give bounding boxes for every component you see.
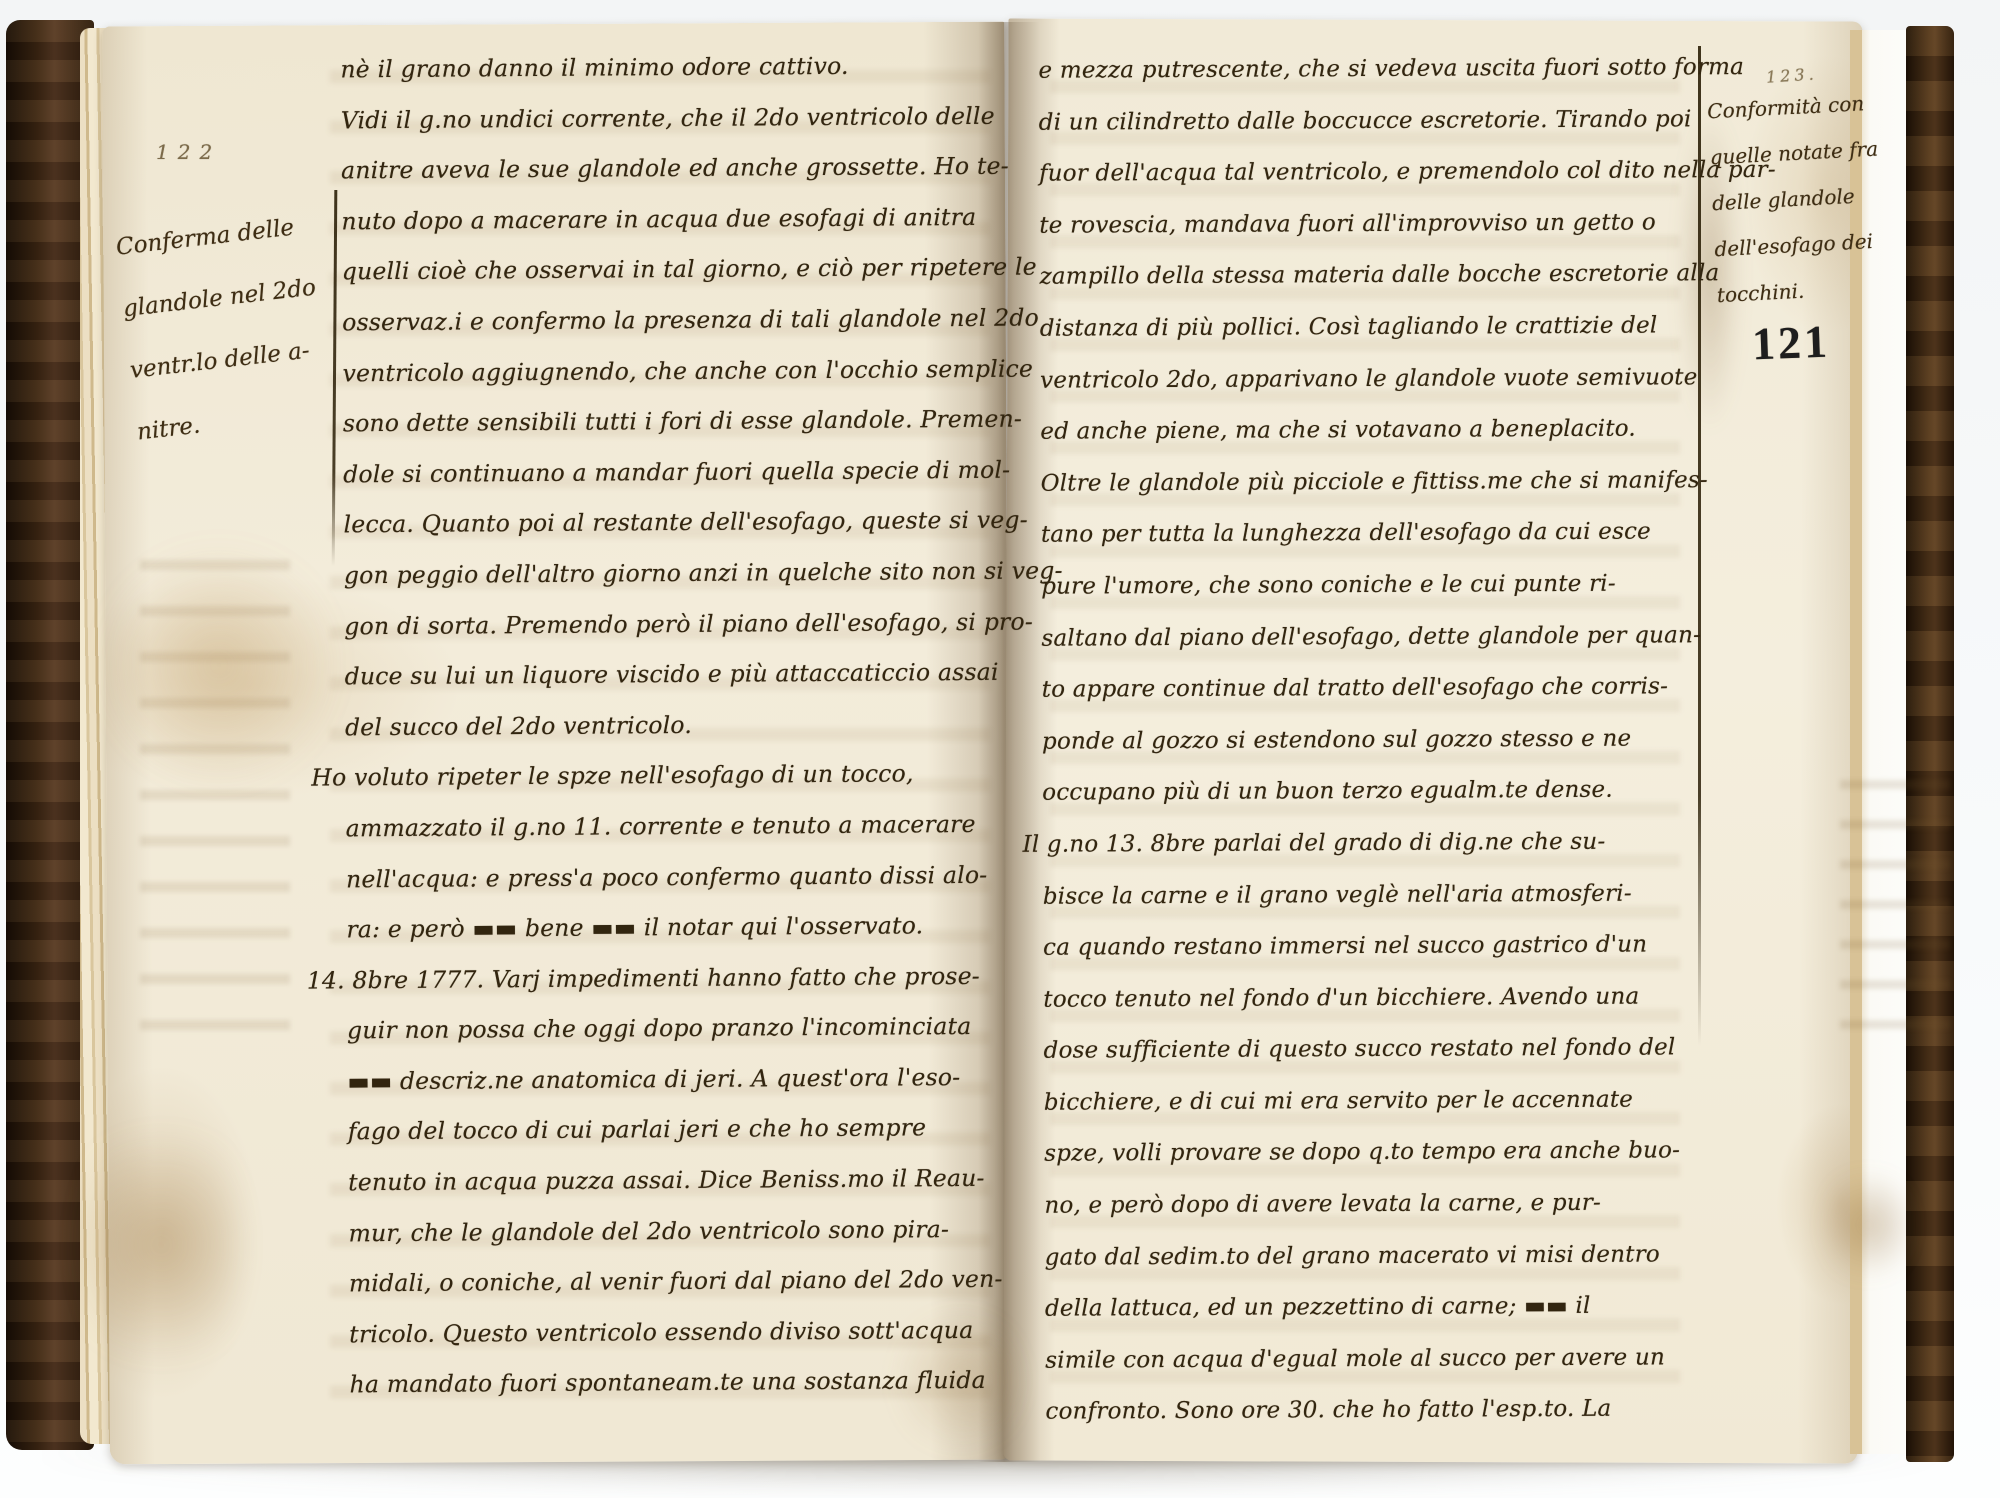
manuscript-line: nuto dopo a macerare in acqua due esofag… <box>341 191 1009 246</box>
stamped-page-number: 121 <box>1751 315 1831 371</box>
manuscript-line: nell'acqua: e press'a poco confermo quan… <box>346 849 1014 904</box>
manuscript-line: sono dette sensibili tutti i fori di ess… <box>343 394 1011 449</box>
manuscript-line: Il g.no 13. 8bre parlai del grado di dig… <box>1022 816 1690 871</box>
manuscript-line: dose sufficiente di questo succo restato… <box>1043 1023 1691 1078</box>
manuscript-line: fuor dell'acqua tal ventricolo, e premen… <box>1039 145 1687 200</box>
manuscript-line: gon peggio dell'altro giorno anzi in que… <box>344 546 1012 601</box>
manuscript-line: to appare continue dal tratto dell'esofa… <box>1042 661 1690 716</box>
manuscript-line: tricolo. Questo ventricolo essendo divis… <box>349 1304 1017 1359</box>
manuscript-line: spze, volli provare se dopo q.to tempo e… <box>1044 1126 1692 1181</box>
manuscript-line: simile con acqua d'egual mole al succo p… <box>1045 1332 1693 1387</box>
manuscript-line: ▬▬ descriz.ne anatomica di jeri. A quest… <box>347 1052 1015 1107</box>
manuscript-line: osservaz.i e confermo la presenza di tal… <box>342 293 1010 348</box>
right-page-text-column: e mezza putrescente, che si vedeva uscit… <box>1038 42 1693 1438</box>
margin-note-line: tocchini. <box>1716 264 1883 319</box>
manuscript-line: tenuto in acqua puzza assai. Dice Beniss… <box>348 1153 1016 1208</box>
manuscript-line: ammazzato il g.no 11. corrente e tenuto … <box>346 799 1014 854</box>
left-page-text-column: nè il grano danno il minimo odore cattiv… <box>340 40 1018 1411</box>
manuscript-line: bicchiere, e di cui mi era servito per l… <box>1044 1074 1692 1129</box>
manuscript-line: gato dal sedim.to del grano macerato vi … <box>1045 1229 1693 1284</box>
manuscript-line: Oltre le glandole più picciole e fittiss… <box>1041 455 1689 510</box>
handwritten-folio-number-left: 122 <box>156 140 221 164</box>
manuscript-line: tano per tutta la lunghezza dell'esofago… <box>1041 507 1689 562</box>
margin-note-left: Conferma delleglandole nel 2doventr.lo d… <box>113 193 355 464</box>
manuscript-line: e mezza putrescente, che si vedeva uscit… <box>1038 42 1686 97</box>
manuscript-line: confronto. Sono ore 30. che ho fatto l'e… <box>1045 1384 1693 1439</box>
manuscript-line: midali, o coniche, al venir fuori dal pi… <box>349 1254 1017 1309</box>
manuscript-line: tocco tenuto nel fondo d'un bicchiere. A… <box>1043 971 1691 1026</box>
manuscript-line: gon di sorta. Premendo però il piano del… <box>344 596 1012 651</box>
margin-rule-line-right <box>1698 46 1701 1046</box>
manuscript-line: fago del tocco di cui parlai jeri e che … <box>348 1102 1016 1157</box>
manuscript-line: nè il grano danno il minimo odore cattiv… <box>340 40 1008 95</box>
manuscript-line: ponde al gozzo si estendono sul gozzo st… <box>1042 713 1690 768</box>
manuscript-line: ra: e però ▬▬ bene ▬▬ il notar qui l'oss… <box>346 900 1014 955</box>
manuscript-line: Vidi il g.no undici corrente, che il 2do… <box>341 90 1009 145</box>
manuscript-line: bisce la carne e il grano veglè nell'ari… <box>1043 868 1691 923</box>
manuscript-line: lecca. Quanto poi al restante dell'esofa… <box>343 495 1011 550</box>
manuscript-line: Ho voluto ripeter le spze nell'esofago d… <box>311 748 1013 803</box>
manuscript-line: pure l'umore, che sono coniche e le cui … <box>1041 558 1689 613</box>
right-leather-cover <box>1906 26 1954 1462</box>
manuscript-line: ca quando restano immersi nel succo gast… <box>1043 919 1691 974</box>
manuscript-line: del succo del 2do ventricolo. <box>345 697 1013 752</box>
manuscript-line: ventricolo aggiugnendo, che anche con l'… <box>342 343 1010 398</box>
manuscript-line: quelli cioè che osservai in tal giorno, … <box>342 242 1010 297</box>
manuscript-line: occupano più di un buon terzo egualm.te … <box>1042 765 1690 820</box>
manuscript-line: distanza di più pollici. Così tagliando … <box>1040 300 1688 355</box>
manuscript-line: duce su lui un liquore viscido e più att… <box>344 647 1012 702</box>
manuscript-line: ha mandato fuori spontaneam.te una sosta… <box>349 1355 1017 1410</box>
manuscript-line: te rovescia, mandava fuori all'improvvis… <box>1039 197 1687 252</box>
manuscript-line: 14. 8bre 1777. Varj impedimenti hanno fa… <box>307 950 1015 1006</box>
manuscript-photo: 122 123. 121 Conferma delleglandole nel … <box>0 0 2000 1498</box>
manuscript-line: della lattuca, ed un pezzettino di carne… <box>1045 1281 1693 1336</box>
manuscript-line: guir non possa che oggi dopo pranzo l'in… <box>347 1001 1015 1056</box>
manuscript-line: zampillo della stessa materia dalle bocc… <box>1039 249 1687 304</box>
manuscript-line: ed anche piene, ma che si votavano a ben… <box>1040 403 1688 458</box>
manuscript-line: mur, che le glandole del 2do ventricolo … <box>348 1203 1016 1258</box>
manuscript-line: di un cilindretto dalle boccucce escreto… <box>1039 94 1687 149</box>
manuscript-line: ventricolo 2do, apparivano le glandole v… <box>1040 352 1688 407</box>
margin-note-line: dell'esofago dei <box>1713 218 1880 273</box>
manuscript-line: no, e però dopo di avere levata la carne… <box>1044 1177 1692 1232</box>
manuscript-line: saltano dal piano dell'esofago, dette gl… <box>1041 610 1689 665</box>
manuscript-line: dole si continuano a mandar fuori quella… <box>343 444 1011 499</box>
manuscript-line: anitre aveva le sue glandole ed anche gr… <box>341 141 1009 196</box>
margin-note-right: Conformità conquelle notate fradelle gla… <box>1706 80 1883 318</box>
